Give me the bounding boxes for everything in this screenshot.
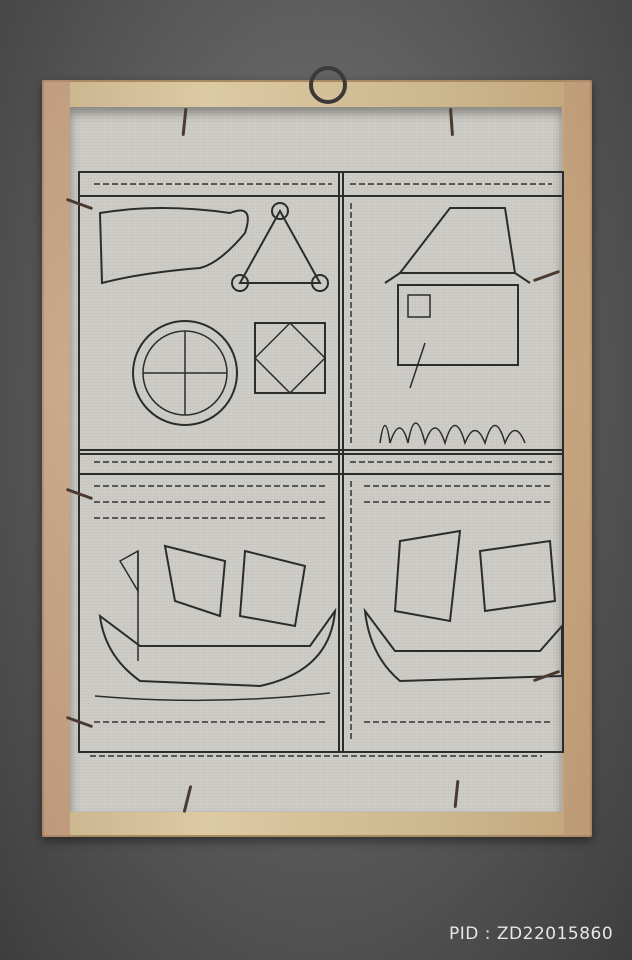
panel-bottom-left [78,449,344,753]
pid-watermark: PID : ZD22015860 [449,924,613,944]
wooden-frame [42,80,592,837]
ship-illustration-left [80,451,342,751]
ship-illustration-right [340,451,562,751]
panel-bottom-right [338,449,564,753]
panel-top-left [78,171,344,455]
cloth-yantra [70,107,562,812]
yantra-diagram-illustration [80,173,342,453]
house-illustration [340,173,562,453]
hanging-ring [309,66,347,104]
panel-top-right [338,171,564,455]
